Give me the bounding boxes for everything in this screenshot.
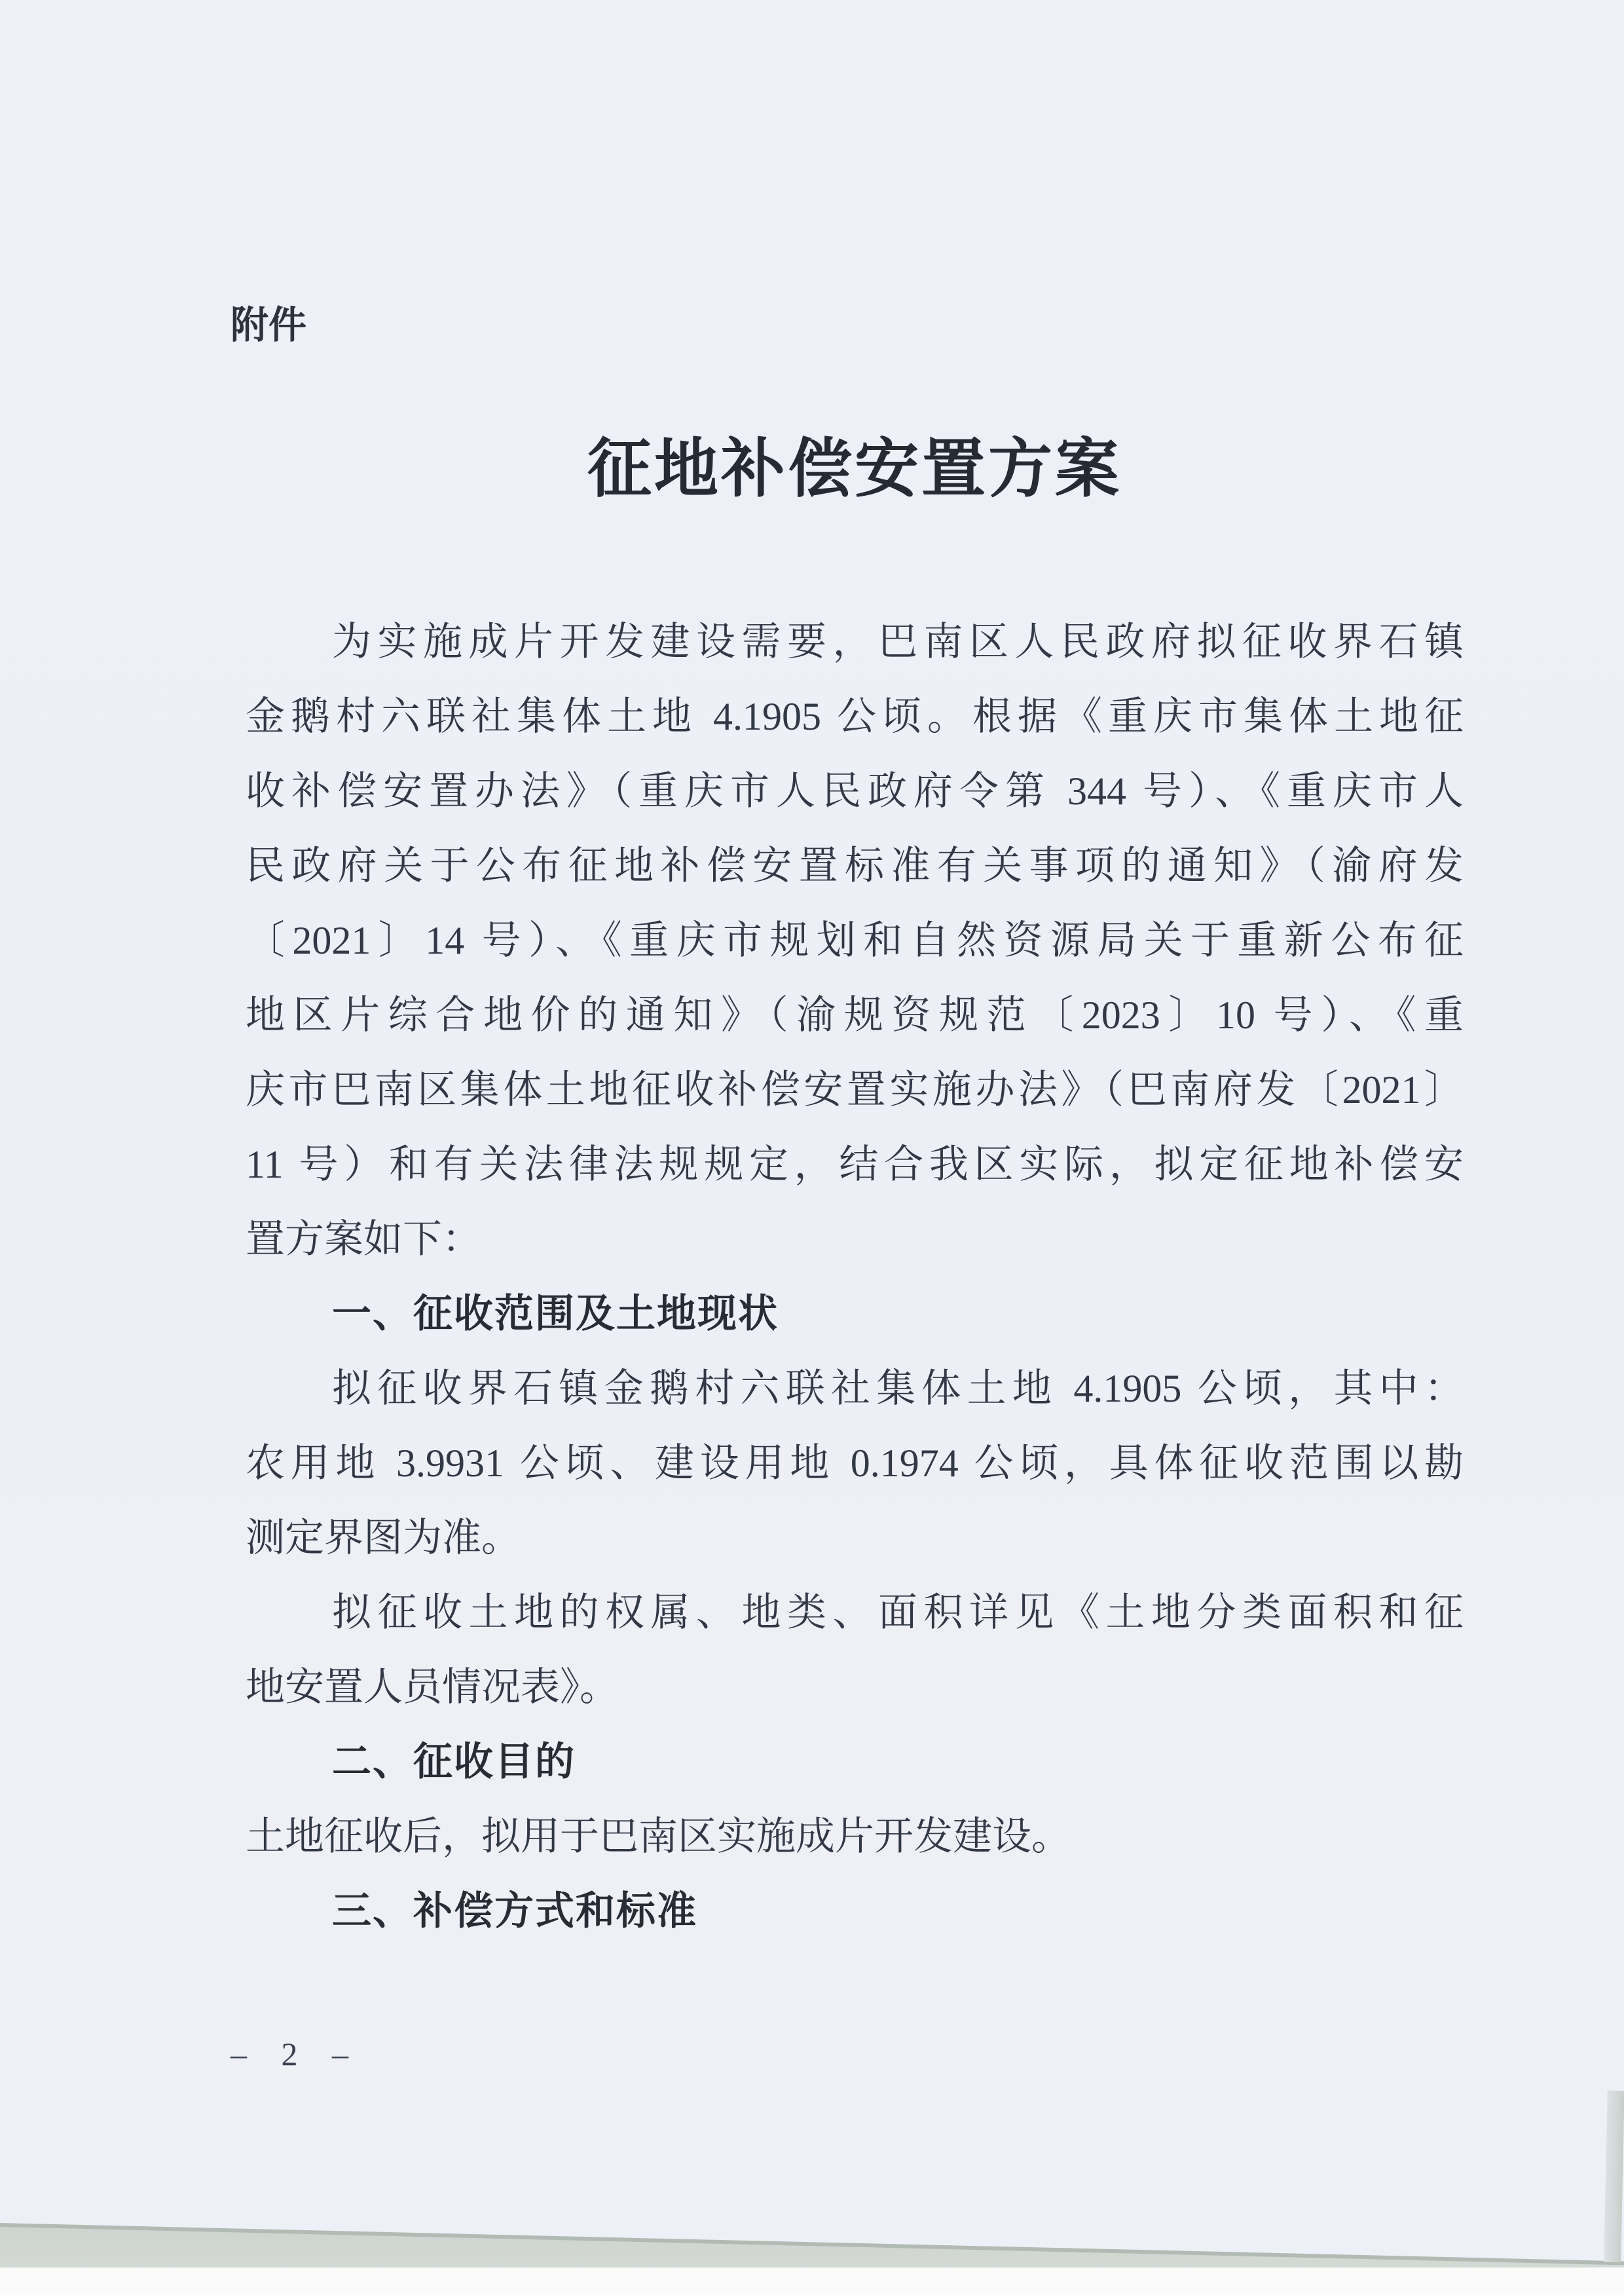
scan-white-strip bbox=[0, 2267, 1624, 2295]
section-1-line: 测定界图为准。 bbox=[246, 1501, 1464, 1575]
section-1-heading: 一、征收范围及土地现状 bbox=[246, 1277, 1464, 1351]
scanned-document-page: 附件 征地补偿安置方案 为实施成片开发建设需要，巴南区人民政府拟征收界石镇 金鹅… bbox=[0, 0, 1624, 2295]
section-3-heading: 三、补偿方式和标准 bbox=[246, 1874, 1464, 1949]
intro-line: 金鹅村六联社集体土地 4.1905 公顷。根据《重庆市集体土地征 bbox=[246, 679, 1464, 754]
intro-line: 庆市巴南区集体土地征收补偿安置实施办法》（巴南府发〔2021〕 bbox=[246, 1053, 1464, 1127]
paper-right-edge bbox=[1604, 2091, 1624, 2262]
page-number: – 2 – bbox=[231, 2034, 361, 2074]
section-1-line: 拟征收土地的权属、地类、面积详见《土地分类面积和征 bbox=[246, 1575, 1464, 1650]
attachment-label: 附件 bbox=[231, 303, 306, 348]
section-2-heading: 二、征收目的 bbox=[246, 1725, 1464, 1799]
document-title: 征地补偿安置方案 bbox=[246, 435, 1464, 506]
section-1-line: 拟征收界石镇金鹅村六联社集体土地 4.1905 公顷，其中： bbox=[246, 1351, 1464, 1426]
intro-line: 收补偿安置办法》（重庆市人民政府令第 344 号）、《重庆市人 bbox=[246, 754, 1464, 829]
section-1-line: 农用地 3.9931 公顷、建设用地 0.1974 公顷，具体征收范围以勘 bbox=[246, 1426, 1464, 1501]
intro-line: 地区片综合地价的通知》（渝规资规范〔2023〕10 号）、《重 bbox=[246, 978, 1464, 1053]
intro-line: 为实施成片开发建设需要，巴南区人民政府拟征收界石镇 bbox=[246, 605, 1464, 679]
intro-line: 置方案如下： bbox=[246, 1202, 1464, 1277]
intro-line: 11 号）和有关法律法规规定，结合我区实际，拟定征地补偿安 bbox=[246, 1127, 1464, 1202]
intro-line: 〔2021〕14 号）、《重庆市规划和自然资源局关于重新公布征 bbox=[246, 903, 1464, 978]
document-body: 为实施成片开发建设需要，巴南区人民政府拟征收界石镇 金鹅村六联社集体土地 4.1… bbox=[246, 605, 1464, 1949]
intro-line: 民政府关于公布征地补偿安置标准有关事项的通知》（渝府发 bbox=[246, 829, 1464, 903]
section-2-line: 土地征收后，拟用于巴南区实施成片开发建设。 bbox=[246, 1799, 1464, 1874]
section-1-line: 地安置人员情况表》。 bbox=[246, 1650, 1464, 1725]
